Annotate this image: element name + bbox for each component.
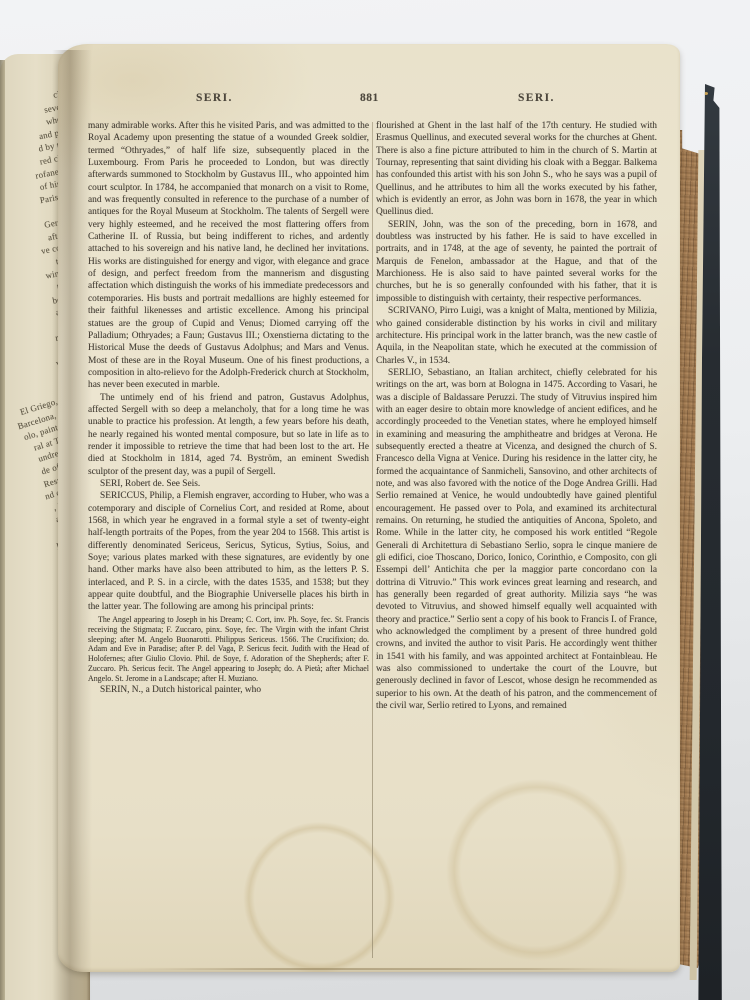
book-photo-scene: ciple of Aseveral yearswhere he exeand p… — [0, 0, 750, 1000]
running-title-right: SERI. — [518, 92, 555, 104]
running-header: SERI. 881 SERI. — [88, 92, 658, 108]
paragraph: The Angel appearing to Joseph in his Dre… — [88, 615, 369, 684]
paragraph: SCRIVANO, Pirro Luigi, was a knight of M… — [376, 305, 657, 367]
paragraph: flourished at Ghent in the last half of … — [376, 120, 657, 219]
running-title-left: SERI. — [196, 92, 233, 104]
book-page: SERI. 881 SERI. many admirable works. Af… — [58, 44, 680, 972]
paragraph: SERI, Robert de. See Seis. — [88, 478, 369, 490]
column-divider-rule — [372, 122, 373, 958]
paragraph: SERICCUS, Philip, a Flemish engraver, ac… — [88, 490, 369, 613]
cover-speck — [704, 92, 708, 95]
right-text-column: flourished at Ghent in the last half of … — [376, 120, 657, 964]
paragraph: many admirable works. After this he visi… — [88, 120, 369, 392]
paragraph: SERIN, N., a Dutch historical painter, w… — [88, 684, 369, 696]
page-bottom-edge — [120, 968, 640, 970]
page-number: 881 — [360, 92, 379, 104]
previous-page-edge — [0, 60, 5, 1000]
paragraph: SERIN, John, was the son of the precedin… — [376, 219, 657, 305]
paragraph: SERLIO, Sebastiano, an Italian architect… — [376, 367, 657, 713]
left-text-column: many admirable works. After this he visi… — [88, 120, 369, 964]
text-columns: many admirable works. After this he visi… — [88, 120, 660, 964]
paragraph: The untimely end of his friend and patro… — [88, 392, 369, 478]
